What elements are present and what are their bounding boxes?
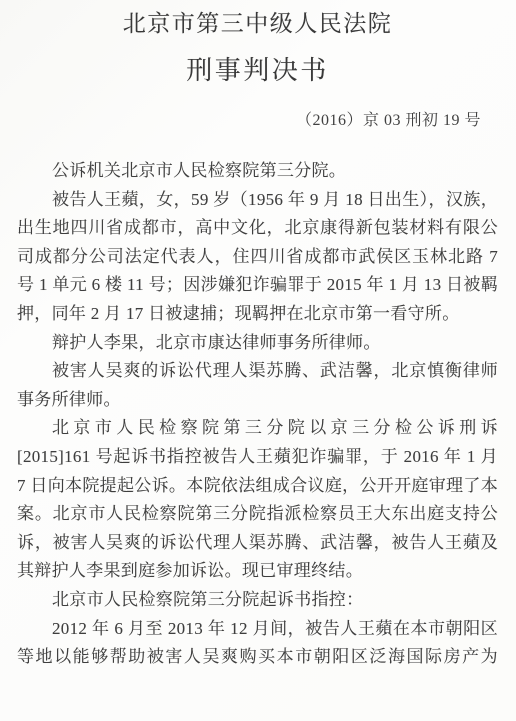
body-line: 案。北京市人民检察院第三分院指派检察员王大东出庭支持公	[17, 500, 498, 529]
body-line: [2015]161 号起诉书指控被告人王蘋犯诈骗罪，于 2016 年 1 月	[17, 443, 498, 472]
body-line: 被告人王蘋，女，59 岁（1956 年 9 月 18 日出生），汉族，	[17, 186, 498, 215]
document-body: 公诉机关北京市人民检察院第三分院。被告人王蘋，女，59 岁（1956 年 9 月…	[17, 157, 498, 672]
body-line: 诉，被害人吴爽的诉讼代理人渠苏腾、武洁馨，被告人王蘋及	[17, 529, 498, 558]
body-line: 司成都分公司法定代表人，住四川省成都市武侯区玉林北路 7	[17, 243, 498, 272]
body-line: 被害人吴爽的诉讼代理人渠苏腾、武洁馨，北京慎衡律师	[17, 357, 498, 386]
case-number: （2016）京 03 刑初 19 号	[17, 110, 498, 132]
body-line: 辩护人李果，北京市康达律师事务所律师。	[17, 329, 498, 358]
court-name-heading: 北京市第三中级人民法院	[17, 9, 498, 39]
judgment-document-page: 北京市第三中级人民法院 刑事判决书 （2016）京 03 刑初 19 号 公诉机…	[0, 0, 516, 721]
body-line: 北京市人民检察院第三分院起诉书指控：	[17, 586, 498, 615]
document-type-title: 刑事判决书	[17, 54, 498, 88]
body-line: 7 日向本院提起公诉。本院依法组成合议庭，公开开庭审理了本	[17, 472, 498, 501]
body-line: 北京市人民检察院第三分院以京三分检公诉刑诉	[17, 414, 498, 443]
body-line: 出生地四川省成都市，高中文化，北京康得新包装材料有限公	[17, 214, 498, 243]
body-line: 押，同年 2 月 17 日被逮捕；现羁押在北京市第一看守所。	[17, 300, 498, 329]
body-line: 事务所律师。	[17, 386, 498, 415]
body-line: 等地以能够帮助被害人吴爽购买本市朝阳区泛海国际房产为名，	[17, 643, 498, 672]
body-line: 号 1 单元 6 楼 11 号；因涉嫌犯诈骗罪于 2015 年 1 月 13 日…	[17, 271, 498, 300]
body-line: 公诉机关北京市人民检察院第三分院。	[17, 157, 498, 186]
body-line: 其辩护人李果到庭参加诉讼。现已审理终结。	[17, 557, 498, 586]
body-line: 2012 年 6 月至 2013 年 12 月间，被告人王蘋在本市朝阳区	[17, 615, 498, 644]
